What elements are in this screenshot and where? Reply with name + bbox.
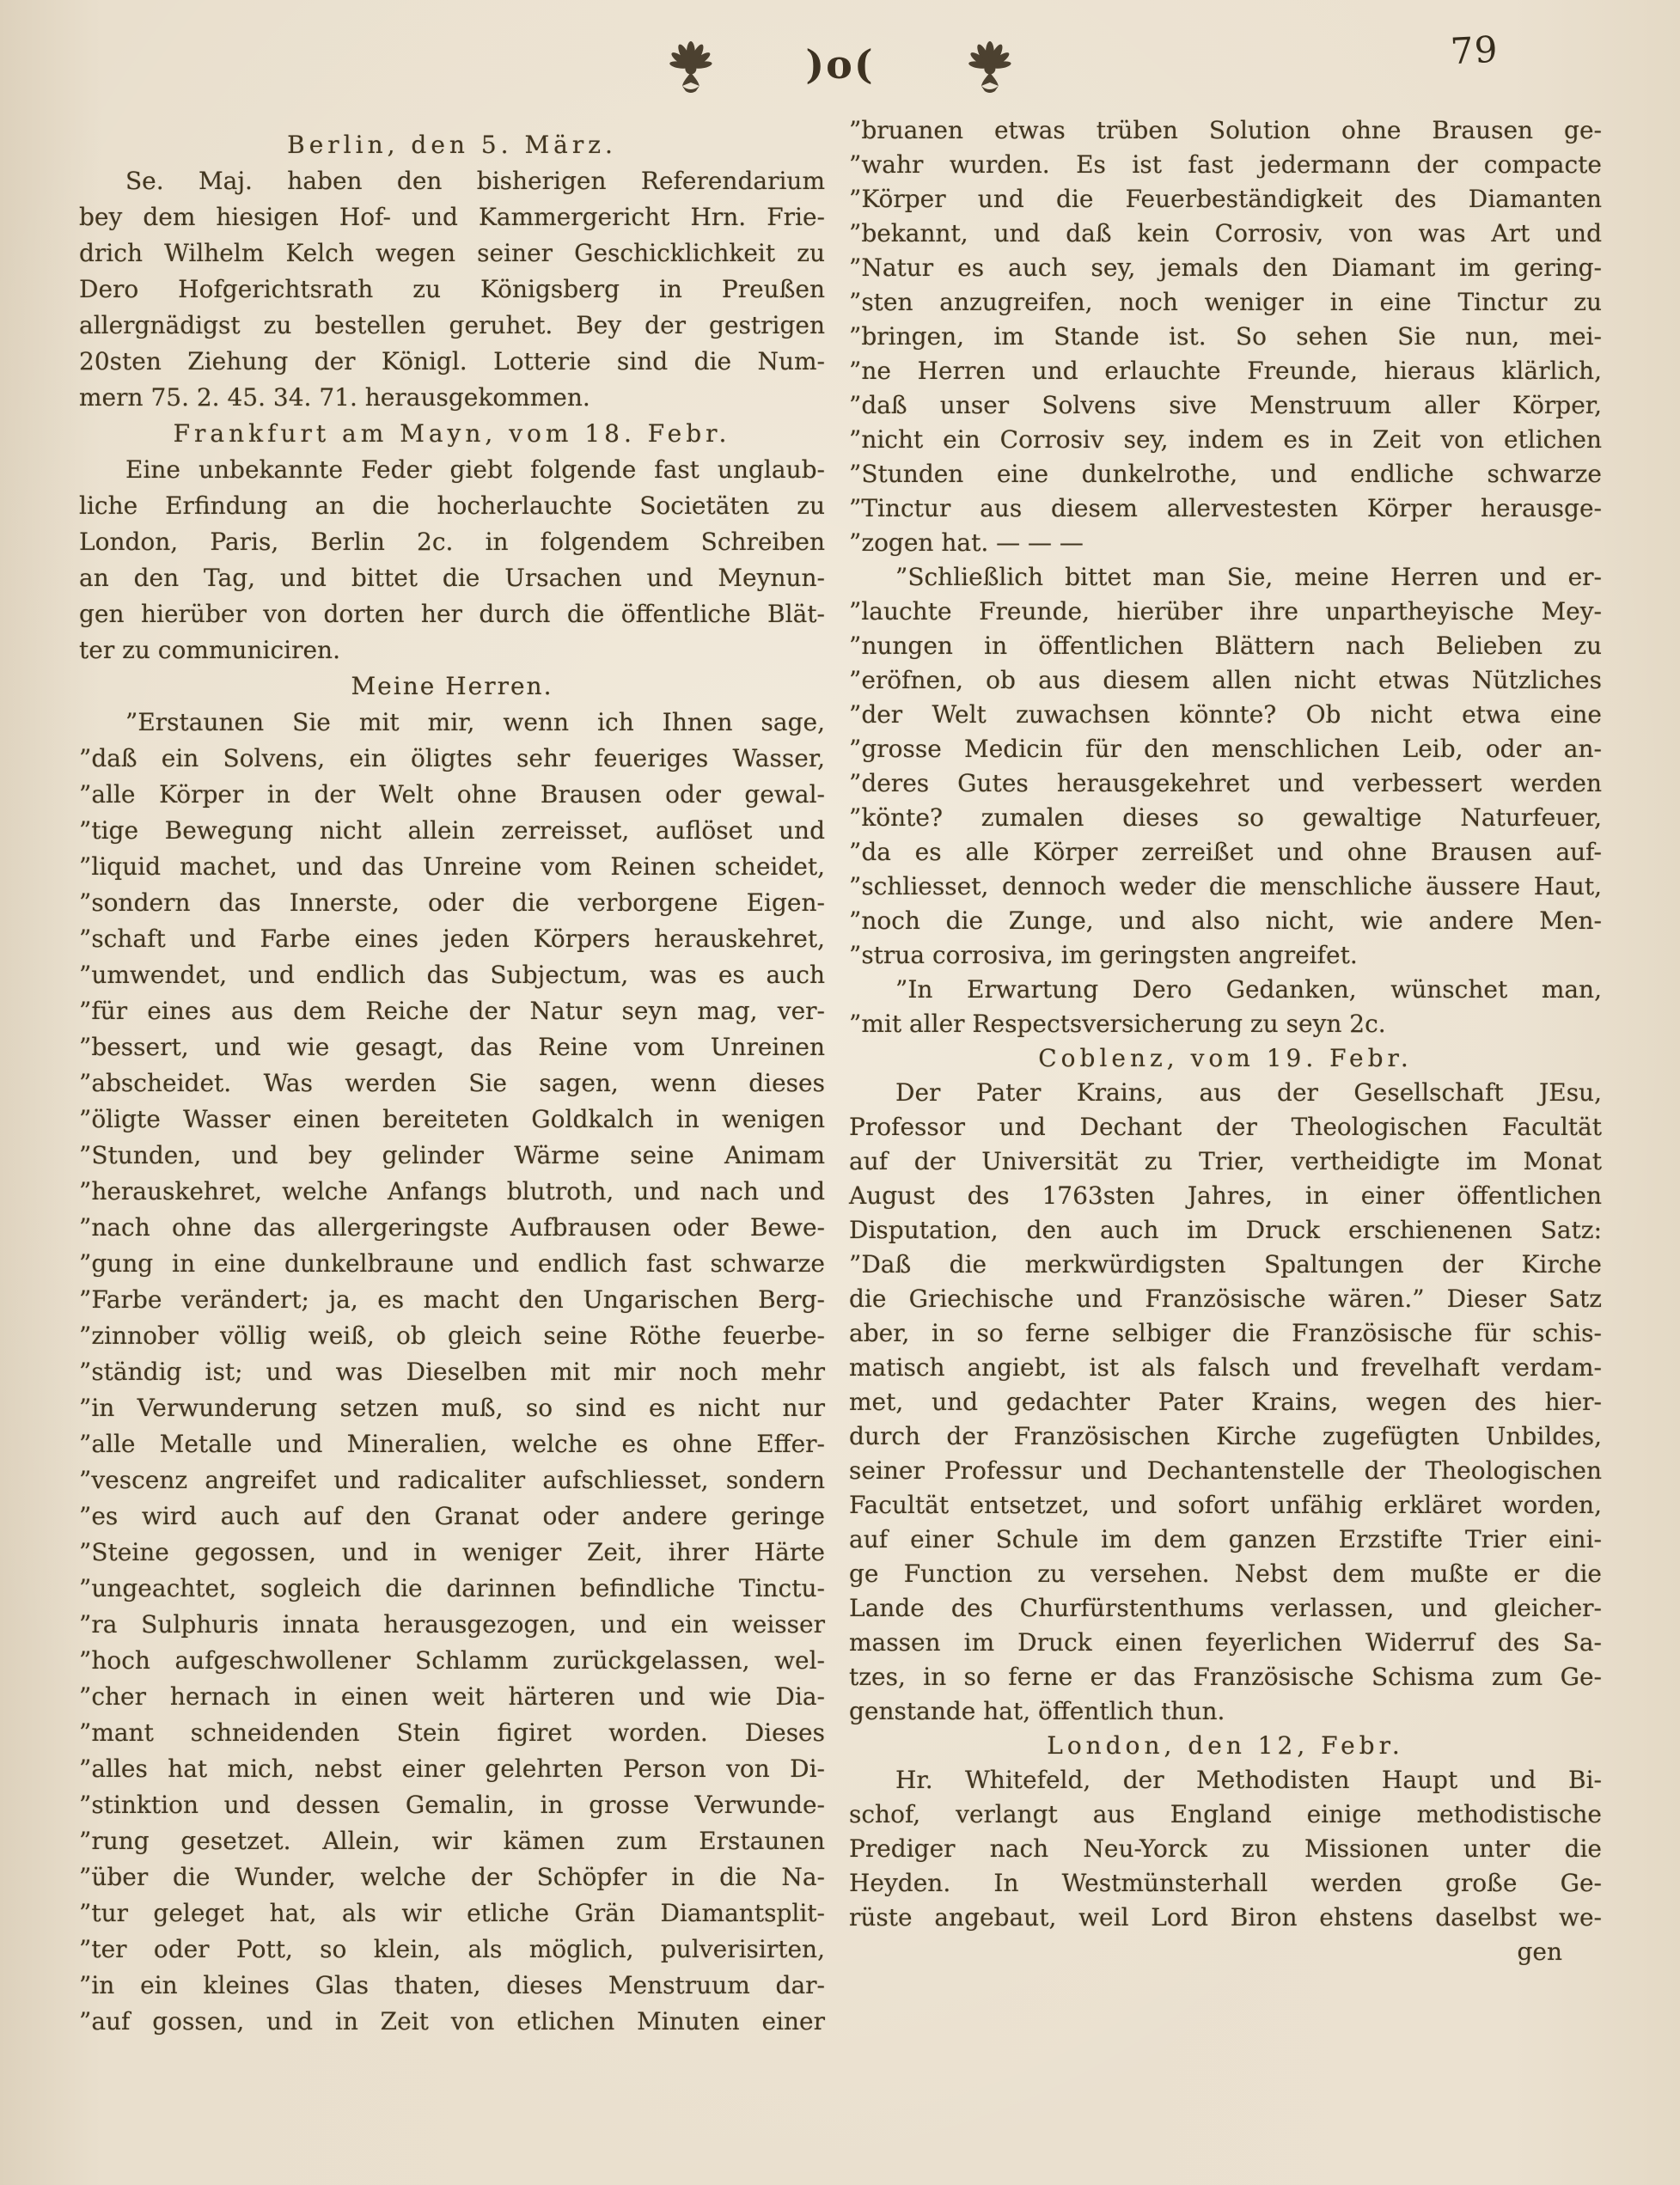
text-line: ”in Verwunderung setzen muß, so sind es … — [79, 1390, 825, 1426]
text-line: ”lauchte Freunde, hierüber ihre unparthe… — [849, 595, 1602, 629]
text-line: ”Tinctur aus diesem allervestesten Körpe… — [849, 491, 1602, 526]
text-line: ”In Erwartung Dero Gedanken, wünschet ma… — [849, 973, 1602, 1007]
text-line: bey dem hiesigen Hof- und Kammergericht … — [79, 199, 825, 235]
text-line: Eine unbekannte Feder giebt folgende fas… — [79, 452, 825, 488]
text-line: allergnädigst zu bestellen geruhet. Bey … — [79, 308, 825, 344]
text-line: ”umwendet, und endlich das Subjectum, wa… — [79, 957, 825, 993]
text-line: ”alle Körper in der Welt ohne Brausen od… — [79, 777, 825, 813]
text-line: ”abscheidet. Was werden Sie sagen, wenn … — [79, 1065, 825, 1102]
text-line: Se. Maj. haben den bisherigen Referendar… — [79, 163, 825, 199]
text-line: durch der Französischen Kirche zugefügte… — [849, 1419, 1602, 1454]
text-line: August des 1763sten Jahres, in einer öff… — [849, 1179, 1602, 1213]
text-line: ”zinnober völlig weiß, ob gleich seine R… — [79, 1318, 825, 1354]
text-line: ”alles hat mich, nebst einer gelehrten P… — [79, 1751, 825, 1787]
text-line: schof, verlangt aus England einige metho… — [849, 1797, 1602, 1832]
text-line: ”öligte Wasser einen bereiteten Goldkalc… — [79, 1102, 825, 1138]
text-line: London, Paris, Berlin 2c. in folgendem S… — [79, 524, 825, 560]
text-line: ”da es alle Körper zerreißet und ohne Br… — [849, 835, 1602, 870]
header-ornaments: )o( — [664, 40, 1015, 96]
text-line: ”für eines aus dem Reiche der Natur seyn… — [79, 993, 825, 1029]
printers-mark: )o( — [805, 41, 874, 88]
text-line: ”Farbe verändert; ja, es macht den Ungar… — [79, 1282, 825, 1318]
text-line: ”wahr wurden. Es ist fast jedermann der … — [849, 148, 1602, 182]
text-line: gen hierüber von dorten her durch die öf… — [79, 596, 825, 632]
text-line: ”Schließlich bittet man Sie, meine Herre… — [849, 560, 1602, 595]
text-line: ”schaft und Farbe eines jeden Körpers he… — [79, 921, 825, 957]
text-line: ”nungen in öffentlichen Blättern nach Be… — [849, 629, 1602, 663]
text-line: ”daß ein Solvens, ein öligtes sehr feuer… — [79, 741, 825, 777]
text-line: Professor und Dechant der Theologischen … — [849, 1110, 1602, 1144]
text-line: Dero Hofgerichtsrath zu Königsberg in Pr… — [79, 272, 825, 308]
text-line: auf der Universität zu Trier, vertheidig… — [849, 1144, 1602, 1179]
text-line: ”stinktion und dessen Gemalin, in grosse… — [79, 1787, 825, 1823]
text-line: ”Daß die merkwürdigsten Spaltungen der K… — [849, 1248, 1602, 1282]
text-line: Facultät entsetzet, und sofort unfähig e… — [849, 1488, 1602, 1523]
text-line: ”Natur es auch sey, jemals den Diamant i… — [849, 251, 1602, 285]
dateline-heading: Coblenz, vom 19. Febr. — [849, 1041, 1602, 1076]
text-line: auf einer Schule im dem ganzen Erzstifte… — [849, 1523, 1602, 1557]
text-line: ”eröfnen, ob aus diesem allen nicht etwa… — [849, 663, 1602, 698]
text-line: massen im Druck einen feyerlichen Widerr… — [849, 1626, 1602, 1660]
text-line: ”bekannt, und daß kein Corrosiv, von was… — [849, 217, 1602, 251]
left-text-column: Berlin, den 5. März.Se. Maj. haben den b… — [79, 127, 825, 2040]
text-line: ”mant schneidenden Stein figiret worden.… — [79, 1715, 825, 1751]
text-line: ”bringen, im Stande ist. So sehen Sie nu… — [849, 320, 1602, 354]
text-line: ”tige Bewegung nicht allein zerreisset, … — [79, 813, 825, 849]
dateline-heading: Meine Herren. — [79, 668, 825, 705]
text-line: ”alle Metalle und Mineralien, welche es … — [79, 1426, 825, 1462]
text-line: ”noch die Zunge, und also nicht, wie and… — [849, 904, 1602, 938]
text-line: drich Wilhelm Kelch wegen seiner Geschic… — [79, 235, 825, 272]
text-line: ter zu communiciren. — [79, 632, 825, 668]
text-line: ”der Welt zuwachsen könnte? Ob nicht etw… — [849, 698, 1602, 732]
catchword: gen — [849, 1935, 1602, 1969]
text-line: ”in ein kleines Glas thaten, dieses Mens… — [79, 1968, 825, 2004]
dateline-heading: Berlin, den 5. März. — [79, 127, 825, 163]
text-line: mern 75. 2. 45. 34. 71. herausgekommen. — [79, 380, 825, 416]
right-text-column: ”bruanen etwas trüben Solution ohne Brau… — [849, 113, 1602, 1969]
text-line: ”nicht ein Corrosiv sey, indem es in Zei… — [849, 423, 1602, 457]
text-line: ”sondern das Innerste, oder die verborge… — [79, 885, 825, 921]
text-line: Lande des Churfürstenthums verlassen, un… — [849, 1591, 1602, 1626]
text-line: tzes, in so ferne er das Französische Sc… — [849, 1660, 1602, 1694]
text-line: Disputation, den auch im Druck erschiene… — [849, 1213, 1602, 1248]
fleuron-icon — [664, 40, 716, 96]
text-line: seiner Professur und Dechantenstelle der… — [849, 1454, 1602, 1488]
text-line: ”Stunden, und bey gelinder Wärme seine A… — [79, 1138, 825, 1174]
text-line: die Griechische und Französische wären.”… — [849, 1282, 1602, 1316]
text-line: Heyden. In Westmünsterhall werden große … — [849, 1866, 1602, 1901]
text-line: genstande hat, öffentlich thun. — [849, 1694, 1602, 1729]
text-line: ”mit aller Respectsversicherung zu seyn … — [849, 1007, 1602, 1041]
text-line: ”auf gossen, und in Zeit von etlichen Mi… — [79, 2004, 825, 2040]
text-line: ”strua corrosiva, im geringsten angreife… — [849, 938, 1602, 973]
text-line: ”daß unser Solvens sive Menstruum aller … — [849, 388, 1602, 423]
text-line: ”vescenz angreifet und radicaliter aufsc… — [79, 1462, 825, 1498]
text-line: ”Erstaunen Sie mit mir, wenn ich Ihnen s… — [79, 705, 825, 741]
text-line: an den Tag, und bittet die Ursachen und … — [79, 560, 825, 596]
text-line: ”zogen hat. — — — — [849, 526, 1602, 560]
text-line: ”deres Gutes herausgekehret und verbesse… — [849, 766, 1602, 801]
text-line: ”nach ohne das allergeringste Aufbrausen… — [79, 1210, 825, 1246]
fleuron-icon — [964, 40, 1016, 96]
text-line: ”cher hernach in einen weit härteren und… — [79, 1679, 825, 1715]
text-line: liche Erfindung an die hocherlauchte Soc… — [79, 488, 825, 524]
text-line: ”Steine gegossen, und in weniger Zeit, i… — [79, 1535, 825, 1571]
text-line: ”grosse Medicin für den menschlichen Lei… — [849, 732, 1602, 766]
text-line: Der Pater Krains, aus der Gesellschaft J… — [849, 1076, 1602, 1110]
text-line: ”ter oder Pott, so klein, als möglich, p… — [79, 1932, 825, 1968]
text-line: ”es wird auch auf den Granat oder andere… — [79, 1498, 825, 1535]
text-line: ”rung gesetzet. Allein, wir kämen zum Er… — [79, 1823, 825, 1859]
text-line: ”schliesset, dennoch weder die menschlic… — [849, 870, 1602, 904]
text-line: ”bruanen etwas trüben Solution ohne Brau… — [849, 113, 1602, 148]
text-line: ”Körper und die Feuerbeständigkeit des D… — [849, 182, 1602, 217]
text-line: met, und gedachter Pater Krains, wegen d… — [849, 1385, 1602, 1419]
text-line: rüste angebaut, weil Lord Biron ehstens … — [849, 1901, 1602, 1935]
text-line: aber, in so ferne selbiger die Französis… — [849, 1316, 1602, 1351]
text-line: ”ungeachtet, sogleich die darinnen befin… — [79, 1571, 825, 1607]
text-line: matisch angiebt, ist als falsch und frev… — [849, 1351, 1602, 1385]
text-line: ”Stunden eine dunkelrothe, und endliche … — [849, 457, 1602, 491]
text-line: Hr. Whitefeld, der Methodisten Haupt und… — [849, 1763, 1602, 1797]
text-line: ”gung in eine dunkelbraune und endlich f… — [79, 1246, 825, 1282]
text-line: Prediger nach Neu-Yorck zu Missionen unt… — [849, 1832, 1602, 1866]
text-line: ”sten anzugreifen, noch weniger in eine … — [849, 285, 1602, 320]
text-line: ”ständig ist; und was Dieselben mit mir … — [79, 1354, 825, 1390]
text-line: 20sten Ziehung der Königl. Lotterie sind… — [79, 344, 825, 380]
dateline-heading: Frankfurt am Mayn, vom 18. Febr. — [79, 416, 825, 452]
text-line: ”bessert, und wie gesagt, das Reine vom … — [79, 1029, 825, 1065]
text-line: ”ra Sulphuris innata herausgezogen, und … — [79, 1607, 825, 1643]
dateline-heading: London, den 12, Febr. — [849, 1729, 1602, 1763]
newspaper-page: )o( 79 Berlin, den 5. März.Se. Maj. habe… — [0, 0, 1680, 2185]
text-line: ”herauskehret, welche Anfangs blutroth, … — [79, 1174, 825, 1210]
text-line: ”über die Wunder, welche der Schöpfer in… — [79, 1859, 825, 1895]
text-line: ”tur geleget hat, als wir etliche Grän D… — [79, 1895, 825, 1932]
text-line: ”ne Herren und erlauchte Freunde, hierau… — [849, 354, 1602, 388]
text-line: ”könte? zumalen dieses so gewaltige Natu… — [849, 801, 1602, 835]
page-number: 79 — [1449, 28, 1499, 73]
text-line: ”liquid machet, und das Unreine vom Rein… — [79, 849, 825, 885]
text-line: ”hoch aufgeschwollener Schlamm zurückgel… — [79, 1643, 825, 1679]
text-line: ge Function zu versehen. Nebst dem mußte… — [849, 1557, 1602, 1591]
